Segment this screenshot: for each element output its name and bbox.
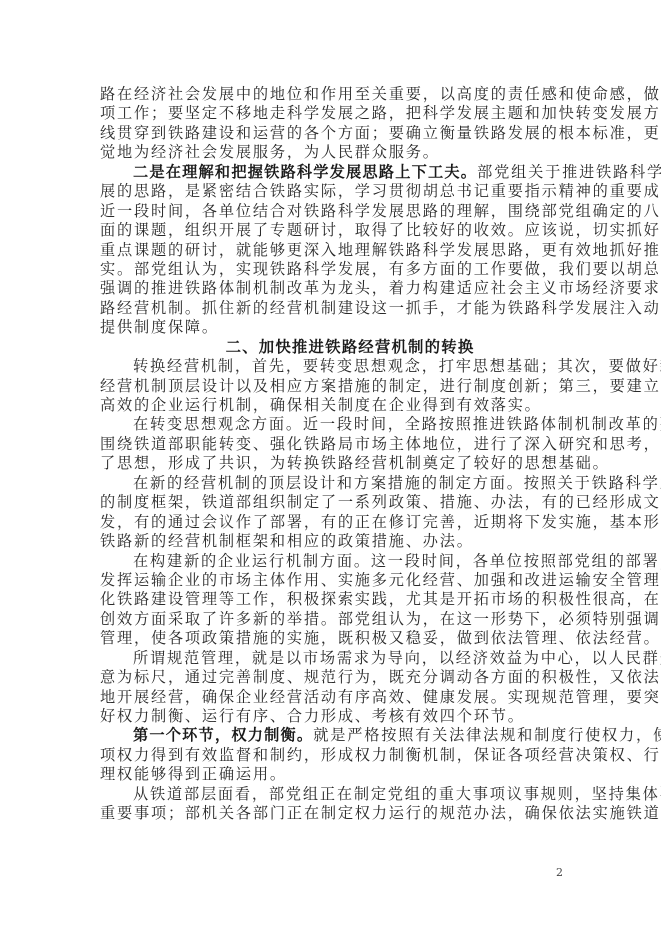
text-line: 重要事项；部机关各部门正在制定权力运行的规范办法，确保依法实施铁道部的 [100, 804, 560, 823]
text-line: 第一个环节，权力制衡。就是严格按照有关法律法规和制度行使权力，使各 [100, 726, 560, 745]
text-line: 项权力得到有效监督和制约，形成权力制衡机制，保证各项经营决策权、行政管 [100, 746, 560, 765]
text-line: 提供制度保障。 [100, 318, 560, 337]
text-line: 围绕铁道部职能转变、强化铁路局市场主体地位，进行了深入研究和思考，统一 [100, 435, 560, 454]
text-line: 化铁路建设管理等工作，积极探索实践，尤其是开拓市场的积极性很高，在增收 [100, 590, 560, 609]
text-line: 从铁道部层面看，部党组正在制定党组的重大事项议事规则，坚持集体决策 [100, 785, 560, 804]
text-line: 近一段时间，各单位结合对铁路科学发展思路的理解，围绕部党组确定的八个方 [100, 202, 560, 221]
text-line: 项工作；要坚定不移地走科学发展之路，把科学发展主题和加快转变发展方式主 [100, 104, 560, 123]
text-line: 展的思路，是紧密结合铁路实际，学习贯彻胡总书记重要指示精神的重要成果。 [100, 182, 560, 201]
text-line: 所谓规范管理，就是以市场需求为导向，以经济效益为中心，以人民群众满 [100, 649, 560, 668]
document-page: 路在经济社会发展中的地位和作用至关重要，以高度的责任感和使命感，做好各 项工作；… [0, 0, 661, 935]
text-line: 转换经营机制，首先，要转变思想观念，打牢思想基础；其次，要做好新的 [100, 357, 560, 376]
text-line: 意为标尺，通过完善制度、规范行为，既充分调动各方面的积极性，又依法合规 [100, 668, 560, 687]
text-line: 管理，使各项政策措施的实施，既积极又稳妥，做到依法管理、依法经营。 [100, 629, 560, 648]
text-line: 路经营机制。抓住新的经营机制建设这一抓手，才能为铁路科学发展注入动力、 [100, 299, 560, 318]
text-line: 的制度框架，铁道部组织制定了一系列政策、措施、办法，有的已经形成文件下 [100, 493, 560, 512]
text-line: 二是在理解和把握铁路科学发展思路上下工夫。部党组关于推进铁路科学发 [100, 163, 560, 182]
page-number: 2 [556, 866, 563, 879]
line-text: 部党组关于推进铁路科学发 [477, 163, 661, 181]
text-line: 实。部党组认为，实现铁路科学发展，有多方面的工作要做，我们要以胡总书记 [100, 260, 560, 279]
text-line: 线贯穿到铁路建设和运营的各个方面；要确立衡量铁路发展的根本标准，更加自 [100, 124, 560, 143]
section-heading: 二、加快推进铁路经营机制的转换 [100, 338, 560, 357]
text-line: 创效方面采取了许多新的举措。部党组认为，在这一形势下，必须特别强调规范 [100, 610, 560, 629]
text-line: 好权力制衡、运行有序、合力形成、考核有效四个环节。 [100, 707, 560, 726]
text-line: 发挥运输企业的市场主体作用、实施多元化经营、加强和改进运输安全管理、优 [100, 571, 560, 590]
text-line: 面的课题，组织开展了专题研讨，取得了比较好的收效。应该说，切实抓好八个 [100, 221, 560, 240]
text-line: 强调的推进铁路体制机制改革为龙头，着力构建适应社会主义市场经济要求的铁 [100, 279, 560, 298]
text-line: 在转变思想观念方面。近一段时间，全路按照推进铁路体制机制改革的要求， [100, 415, 560, 434]
text-line: 在新的经营机制的顶层设计和方案措施的制定方面。按照关于铁路科学发展 [100, 474, 560, 493]
text-line: 经营机制顶层设计以及相应方案措施的制定，进行制度创新；第三，要建立科学 [100, 377, 560, 396]
text-line: 地开展经营，确保企业经营活动有序高效、健康发展。实现规范管理，要突出抓 [100, 688, 560, 707]
text-line: 在构建新的企业运行机制方面。这一段时间，各单位按照部党组的部署，对 [100, 552, 560, 571]
bold-lead-text: 第一个环节，权力制衡。 [133, 726, 313, 744]
text-line: 重点课题的研讨，就能够更深入地理解铁路科学发展思路，更有效地抓好推进落 [100, 241, 560, 260]
text-line: 觉地为经济社会发展服务，为人民群众服务。 [100, 143, 560, 162]
body-text: 路在经济社会发展中的地位和作用至关重要，以高度的责任感和使命感，做好各 项工作；… [100, 85, 560, 824]
text-line: 铁路新的经营机制框架和相应的政策措施、办法。 [100, 532, 560, 551]
text-line: 了思想，形成了共识，为转换铁路经营机制奠定了较好的思想基础。 [100, 454, 560, 473]
text-line: 路在经济社会发展中的地位和作用至关重要，以高度的责任感和使命感，做好各 [100, 85, 560, 104]
text-line: 发，有的通过会议作了部署，有的正在修订完善，近期将下发实施，基本形成了 [100, 513, 560, 532]
text-line: 高效的企业运行机制，确保相关制度在企业得到有效落实。 [100, 396, 560, 415]
text-line: 理权能够得到正确运用。 [100, 765, 560, 784]
line-text: 就是严格按照有关法律法规和制度行使权力，使各 [313, 726, 661, 744]
bold-lead-text: 二是在理解和把握铁路科学发展思路上下工夫。 [133, 163, 477, 181]
